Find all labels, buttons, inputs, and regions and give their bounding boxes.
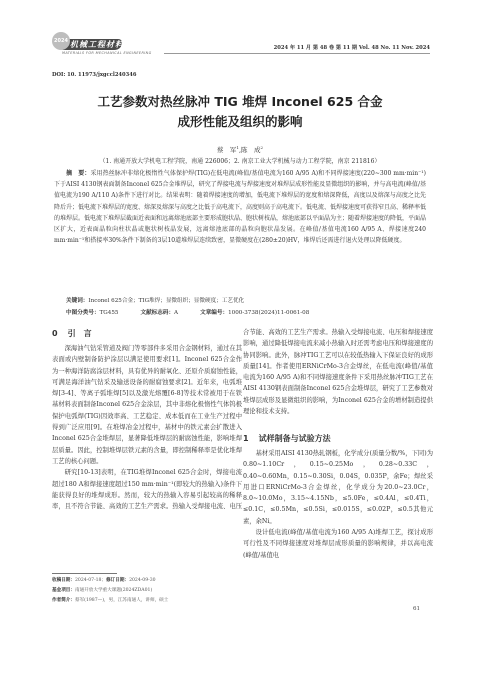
revised-value: 2024-09-30 <box>129 578 156 583</box>
clc-value: TG455 <box>100 310 119 316</box>
article-no-value: 1000-3738(2024)11-0061-08 <box>228 310 309 316</box>
doi[interactable]: DOI: 10. 11973/jxgccl240346 <box>52 72 136 78</box>
intro-paragraph-2: 研究[10-13]表明，在TIG堆焊Inconel 625合金时，焊接电流超过1… <box>52 467 242 512</box>
title-line-1: 工艺参数对热丝脉冲 TIG 堆焊 Inconel 625 合金 <box>40 92 440 112</box>
journal-name-cn: 机械工程材料 <box>70 39 124 50</box>
section-title: 引 言 <box>68 329 92 338</box>
bio-label: 作者简介： <box>52 598 75 603</box>
fund-line: 基金项目：南通开放大学重大课题(2024ZDA01) <box>52 586 168 596</box>
title-line-2: 成形性能及组织的影响 <box>40 112 440 132</box>
footnotes: 收稿日期：2024-07-18；修订日期：2024-09-30 基金项目：南通开… <box>52 576 168 606</box>
abstract-label: 摘 要： <box>66 170 90 177</box>
author-name: 陈 成 <box>241 146 261 154</box>
page-number: 61 <box>413 606 420 612</box>
abstract-text: 采用热丝脉冲非熔化极惰性气体保护焊(TIG)在低电流(峰值/基值电流为160 A… <box>54 170 426 244</box>
doc-code-label: 文献标志码： <box>140 310 174 316</box>
section-heading-methods: 1试样制备与试验方法 <box>243 432 433 446</box>
journal-name-en: MATERIALS FOR MECHANICAL ENGINEERING <box>62 51 152 55</box>
keywords-label: 关键词： <box>66 298 88 304</box>
revised-label: 修订日期： <box>106 578 129 583</box>
keywords: 关键词：Inconel 625合金；TIG堆焊；显微组织；显微硬度；工艺优化 <box>66 296 244 304</box>
fund-value: 南通开放大学重大课题(2024ZDA01) <box>75 588 152 593</box>
header-rule <box>164 53 430 54</box>
keywords-text: Inconel 625合金；TIG堆焊；显微组织；显微硬度；工艺优化 <box>88 298 244 304</box>
issue-info: 2024 年 11 月 第 48 卷 第 11 期 Vol. 48 No. 11… <box>274 44 430 51</box>
section-number: 1 <box>243 434 249 443</box>
section-number: 0 <box>52 329 58 338</box>
methods-paragraph-2: 设计低电流(峰值/基值电流为160 A/95 A)堆焊工艺，探讨成形可行性及不同… <box>243 527 433 561</box>
bio-value: 蔡军(1987—)，男，江苏南通人，讲师，硕士 <box>75 598 168 603</box>
intro-continued-text: 合节能、高效的工艺生产需求。热输入受焊接电流、电压和焊接速度影响，通过降低焊接电… <box>243 329 433 415</box>
bio-line: 作者简介：蔡军(1987—)，男，江苏南通人，讲师，硕士 <box>52 596 168 606</box>
fund-label: 基金项目： <box>52 588 75 593</box>
journal-header: 2024 机械工程材料 MATERIALS FOR MECHANICAL ENG… <box>52 30 430 60</box>
received-value: 2024-07-18； <box>75 578 106 583</box>
section-title: 试样制备与试验方法 <box>259 434 331 443</box>
author-list: 蔡 军1,陈 成2 <box>0 145 480 154</box>
author-affil-mark: 2 <box>261 145 264 150</box>
article-no-label: 文章编号： <box>200 310 228 316</box>
methods-paragraph-1: 基材采用AISI 4130热轧钢板，化学成分(质量分数/%，下同)为0.80~1… <box>243 448 433 527</box>
section-heading-intro: 0引 言 <box>52 327 242 341</box>
left-column: 0引 言 深海油气钻采管道及阀门等零部件多采用合金钢材料，通过在其表面或内壁制备… <box>52 327 242 512</box>
abstract: 摘 要：采用热丝脉冲非熔化极惰性气体保护焊(TIG)在低电流(峰值/基值电流为1… <box>54 168 426 246</box>
year-badge: 2024 <box>52 32 70 50</box>
intro-paragraph-1: 深海油气钻采管道及阀门等零部件多采用合金钢材料，通过在其表面或内壁制备防护涂层以… <box>52 343 242 467</box>
doc-code-value: A <box>174 310 178 316</box>
right-column: 合节能、高效的工艺生产需求。热输入受焊接电流、电压和焊接速度影响，通过降低焊接电… <box>243 327 433 561</box>
intro-paragraph-2-continued: 合节能、高效的工艺生产需求。热输入受焊接电流、电压和焊接速度影响，通过降低焊接电… <box>243 327 433 428</box>
classification-line: 中图分类号：TG455文献标志码：A文章编号：1000-3738(2024)11… <box>66 308 309 316</box>
author-name: 蔡 军 <box>217 146 237 154</box>
affiliations: （1. 南通开放大学机电工程学院，南通 226006；2. 南京工业大学机械与动… <box>30 156 450 165</box>
paper-title: 工艺参数对热丝脉冲 TIG 堆焊 Inconel 625 合金 成形性能及组织的… <box>40 92 440 132</box>
dates-line: 收稿日期：2024-07-18；修订日期：2024-09-30 <box>52 576 168 586</box>
clc-label: 中图分类号： <box>66 310 100 316</box>
footnote-divider <box>52 573 117 574</box>
received-label: 收稿日期： <box>52 578 75 583</box>
